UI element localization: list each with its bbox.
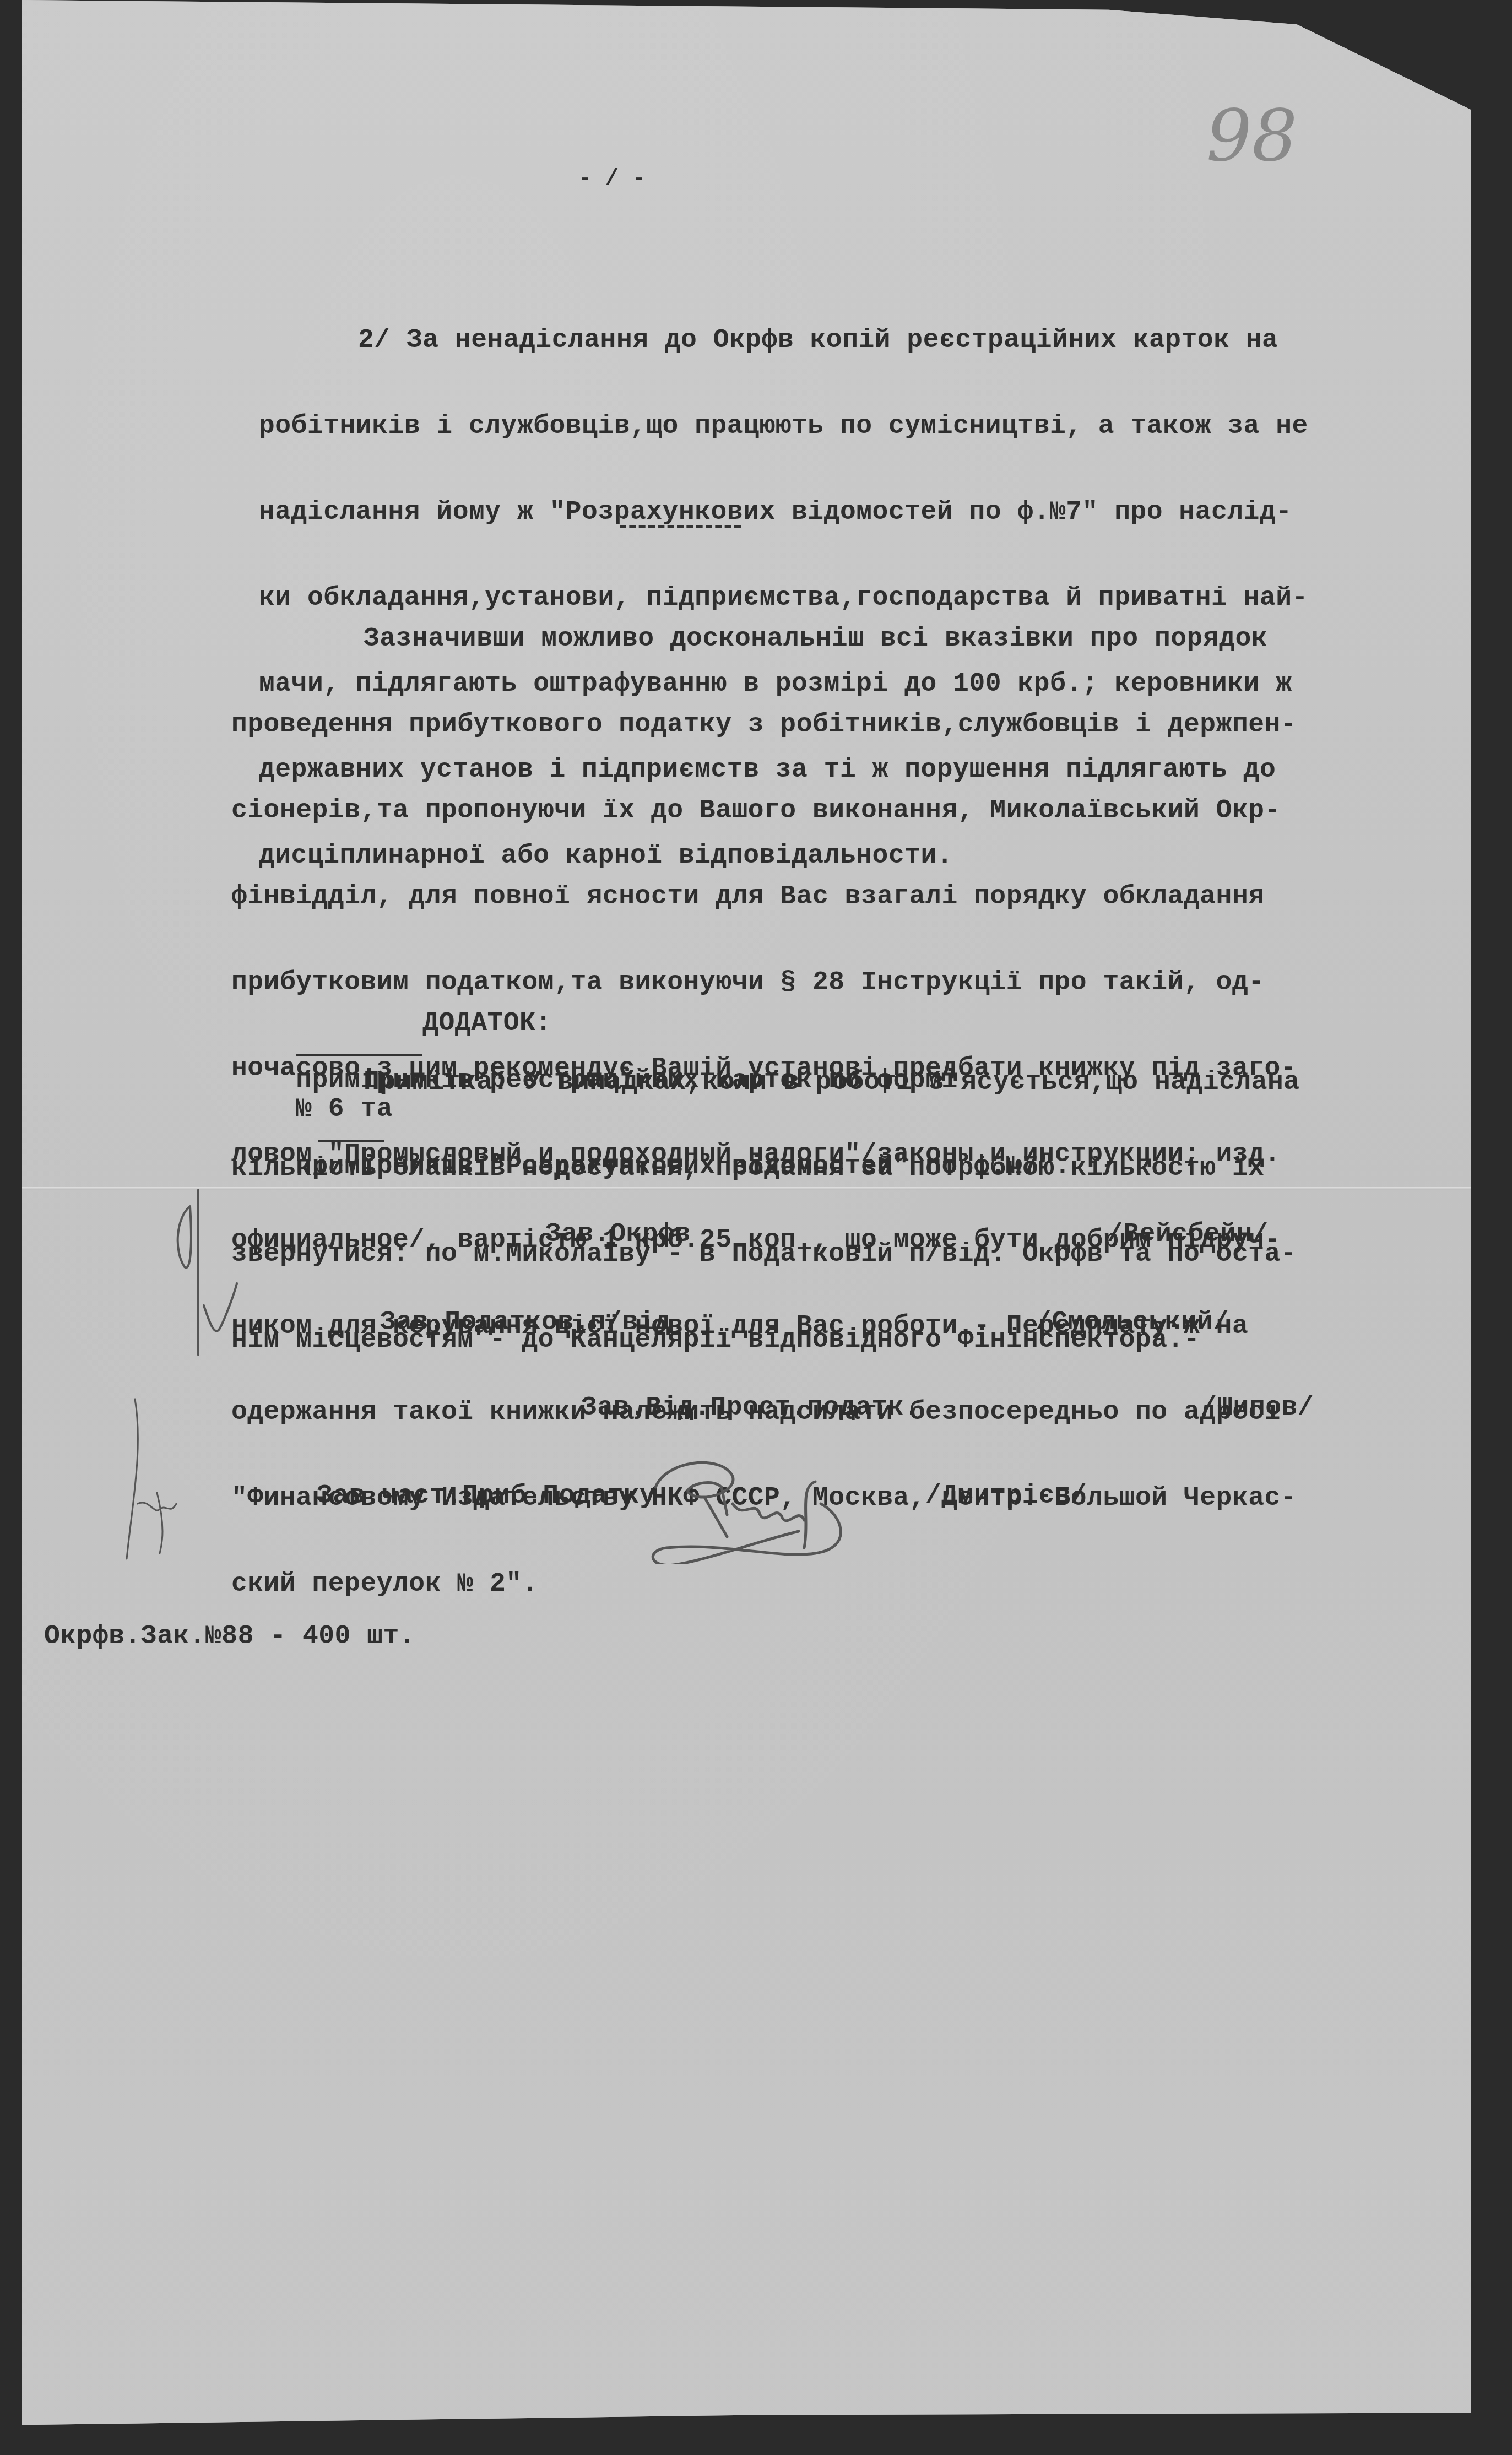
text-line: надіслання йому ж "Розрахункових відомос…: [259, 498, 1308, 527]
text-line: Зазначивши можливо доскональніш всі вказ…: [231, 625, 1297, 653]
signature-title-2: Зав.Податков.п/від.: [380, 1308, 687, 1337]
text-line: ский переулок № 2".: [231, 1570, 1297, 1598]
text-line: 2/ За ненадіслання до Окрфв копій реєстр…: [259, 326, 1308, 355]
text-line: проведення прибуткового податку з робітн…: [231, 711, 1297, 739]
text-line: Примітка: У випадках,коли в роботі з'ясу…: [231, 1068, 1300, 1097]
signature-title-4: Зав.част.Приб.Податку: [317, 1482, 655, 1510]
handwritten-signature: [633, 1454, 942, 1564]
signature-title-1: Зав.Окрфв: [545, 1220, 691, 1249]
handwritten-page-number: 98: [1206, 94, 1297, 177]
print-order-footer: Окрфв.Зак.№88 - 400 шт.: [44, 1622, 415, 1651]
marginal-initials-upper: [165, 1184, 264, 1361]
text-line: сіонерів,та пропонуючи їх до Вашого вико…: [231, 796, 1297, 825]
signature-name-2: /Смольський/: [1036, 1308, 1229, 1337]
signature-title-3: Зав.Від.Прост.податк.: [581, 1394, 920, 1422]
signature-name-1: /Вейсбейн/: [1107, 1220, 1269, 1249]
section-separator: [620, 525, 741, 528]
text-line: фінвідділ, для повної ясности для Вас вз…: [231, 882, 1297, 911]
text-line: кількість бланків недостатня, прохання з…: [231, 1154, 1300, 1183]
signature-name-4: /Дмитрієв/: [925, 1482, 1087, 1510]
marginal-initials-lower: [105, 1394, 193, 1575]
signature-name-3: /Шипов/: [1201, 1394, 1314, 1422]
top-marks: - / -: [578, 165, 646, 194]
text-line: робітників і службовців,що працюють по с…: [259, 412, 1308, 441]
